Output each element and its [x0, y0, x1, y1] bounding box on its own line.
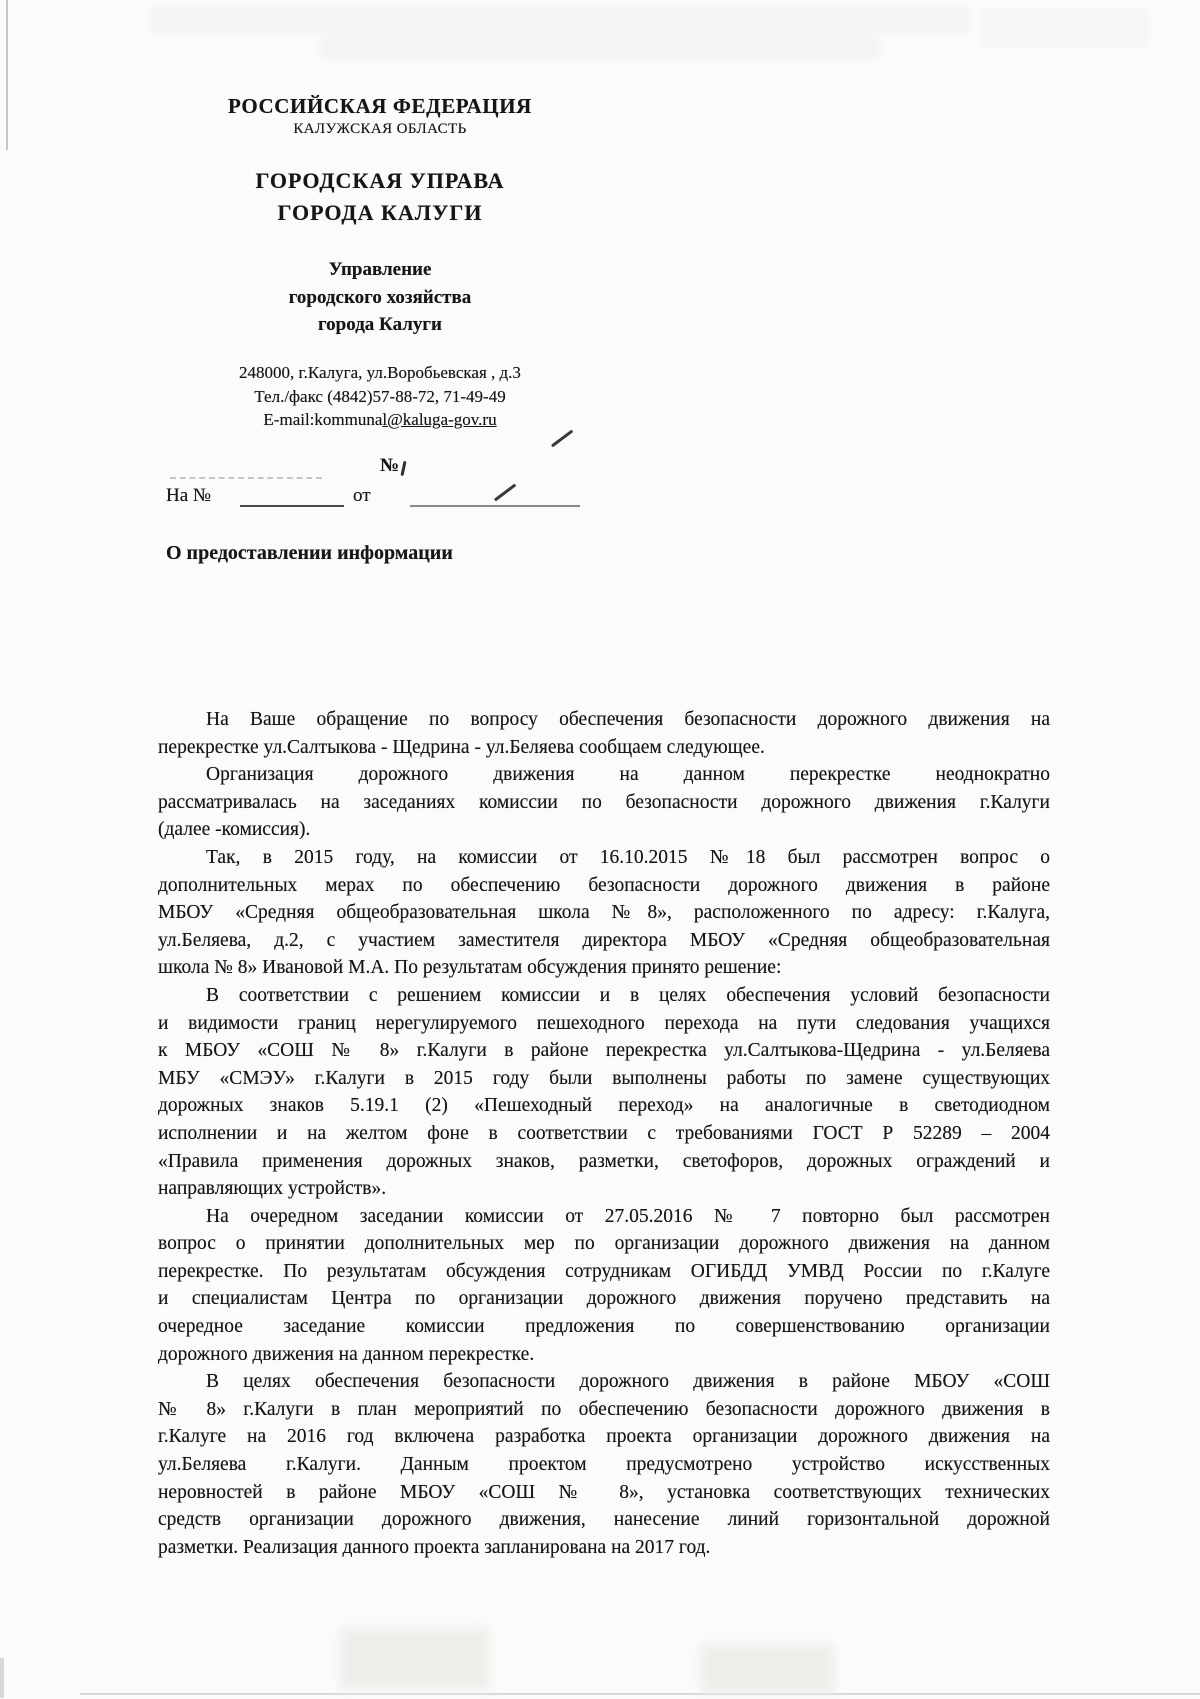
body-line: (далее -комиссия).	[158, 816, 1050, 844]
body-line: ул.Беляева, д.2, с участием заместителя …	[158, 927, 1050, 955]
reply-date-label: от	[353, 485, 371, 507]
body-line: рассматривалась на заседаниях комиссии п…	[158, 789, 1050, 817]
body-line: В целях обеспечения безопасности дорожно…	[158, 1368, 1050, 1396]
letterhead-email-address: l@kaluga-gov.ru	[382, 410, 496, 429]
body-line: г.Калуге на 2016 год включена разработка…	[158, 1423, 1050, 1451]
body-paragraph: В соответствии с решением комиссии и в ц…	[158, 982, 1050, 1203]
body-line: Организация дорожного движения на данном…	[158, 761, 1050, 789]
body-line: неровностей в районе МБОУ «СОШ № 8», уст…	[158, 1479, 1050, 1507]
body-line: МБОУ «Средняя общеобразовательная школа …	[158, 899, 1050, 927]
body-line: к МБОУ «СОШ № 8» г.Калуги в районе перек…	[158, 1037, 1050, 1065]
body-paragraph: Так, в 2015 году, на комиссии от 16.10.2…	[158, 844, 1050, 982]
body-line: На очередном заседании комиссии от 27.05…	[158, 1203, 1050, 1231]
letterhead-email: E-mail:kommunal@kaluga-gov.ru	[140, 410, 620, 430]
scan-noise	[150, 6, 970, 34]
letterhead-phone: Тел./факс (4842)57-88-72, 71-49-49	[140, 387, 620, 407]
body-line: перекрестке ул.Салтыкова - Щедрина - ул.…	[158, 734, 1050, 762]
letterhead-email-prefix: E-mail:kommuna	[263, 410, 382, 429]
scan-edge-line	[80, 1693, 1200, 1695]
body-paragraph: На Ваше обращение по вопросу обеспечения…	[158, 706, 1050, 761]
body-line: очередное заседание комиссии предложения…	[158, 1313, 1050, 1341]
scan-smudge	[700, 1644, 835, 1694]
letter-subject: О предоставлении информации	[166, 542, 453, 565]
body-line: ул.Беляева г.Калуги. Данным проектом пре…	[158, 1451, 1050, 1479]
body-text: На Ваше обращение по вопросу обеспечения…	[158, 706, 1050, 1561]
letterhead-department-line2: городского хозяйства	[140, 287, 620, 309]
body-line: № 8» г.Калуги в план мероприятий по обес…	[158, 1396, 1050, 1424]
letterhead-org-name-line1: ГОРОДСКАЯ УПРАВА	[140, 168, 620, 194]
body-line: На Ваше обращение по вопросу обеспечения…	[158, 706, 1050, 734]
body-line: В соответствии с решением комиссии и в ц…	[158, 982, 1050, 1010]
reply-number-blank-line	[240, 489, 344, 507]
scanned-letter-page: РОССИЙСКАЯ ФЕДЕРАЦИЯ КАЛУЖСКАЯ ОБЛАСТЬ Г…	[0, 0, 1200, 1699]
body-paragraph: Организация дорожного движения на данном…	[158, 761, 1050, 844]
body-line: дорожного движения на данном перекрестке…	[158, 1341, 1050, 1369]
body-line: и специалистам Центра по организации дор…	[158, 1285, 1050, 1313]
body-paragraph: В целях обеспечения безопасности дорожно…	[158, 1368, 1050, 1561]
letterhead-org-name-line2: ГОРОДА КАЛУГИ	[140, 200, 620, 226]
reply-to-number-label: На №	[166, 485, 211, 507]
body-line: перекрестке. По результатам обсуждения с…	[158, 1258, 1050, 1286]
body-line: разметки. Реализация данного проекта зап…	[158, 1534, 1050, 1562]
scan-smudge	[340, 1628, 490, 1690]
letterhead-department-line3: города Калуги	[140, 314, 620, 336]
body-line: направляющих устройств».	[158, 1175, 1050, 1203]
body-line: исполнении и на желтом фоне в соответств…	[158, 1120, 1050, 1148]
scan-edge-line	[6, 0, 8, 150]
body-line: средств организации дорожного движения, …	[158, 1506, 1050, 1534]
body-line: школа № 8» Ивановой М.А. По результатам …	[158, 954, 1050, 982]
scan-edge-line	[0, 1658, 4, 1698]
body-line: Так, в 2015 году, на комиссии от 16.10.2…	[158, 844, 1050, 872]
letterhead-address: 248000, г.Калуга, ул.Воробьевская , д.3	[140, 363, 620, 383]
body-paragraph: На очередном заседании комиссии от 27.05…	[158, 1203, 1050, 1369]
outgoing-date-dashed-line	[170, 469, 322, 479]
body-line: вопрос о принятии дополнительных мер по …	[158, 1230, 1050, 1258]
body-line: «Правила применения дорожных знаков, раз…	[158, 1148, 1050, 1176]
letterhead-region: КАЛУЖСКАЯ ОБЛАСТЬ	[140, 121, 620, 138]
scan-noise	[320, 34, 880, 60]
scan-noise	[980, 8, 1150, 48]
handwritten-pen-tick	[400, 461, 406, 476]
letterhead-country: РОССИЙСКАЯ ФЕДЕРАЦИЯ	[140, 94, 620, 119]
body-line: дополнительных мерах по обеспечению безо…	[158, 872, 1050, 900]
body-line: дорожных знаков 5.19.1 (2) «Пешеходный п…	[158, 1092, 1050, 1120]
handwritten-slash-mark	[551, 429, 573, 447]
outgoing-number-label: №	[380, 455, 399, 477]
body-line: МБУ «СМЭУ» г.Калуги в 2015 году были вып…	[158, 1065, 1050, 1093]
letterhead-department-line1: Управление	[140, 259, 620, 281]
body-line: и видимости границ нерегулируемого пешех…	[158, 1010, 1050, 1038]
